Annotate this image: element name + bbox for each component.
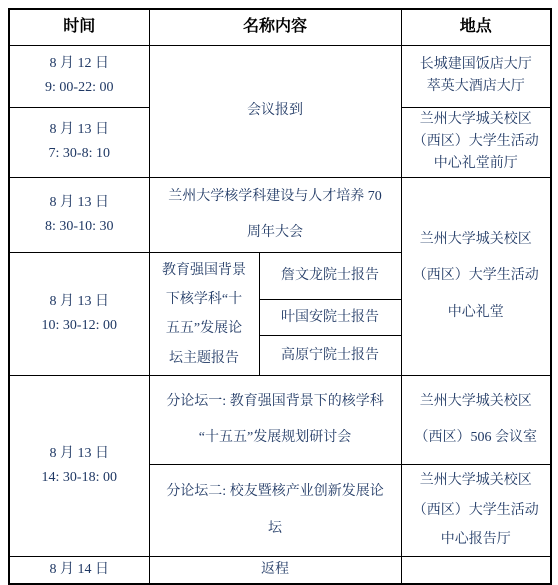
forum-line: 坛主题报告: [154, 344, 255, 373]
schedule-table-container: 时间 名称内容 地点 8 月 12 日 9: 00-22: 00 会议报到 长城…: [8, 8, 552, 584]
location-line: 兰州大学城关校区: [406, 384, 547, 420]
conference-schedule-table: 时间 名称内容 地点 8 月 12 日 9: 00-22: 00 会议报到 长城…: [8, 8, 552, 584]
time-range-text: 7: 30-8: 10: [14, 142, 145, 167]
content-cell-anniversary: 兰州大学核学科建设与人才培养 70 周年大会: [149, 177, 401, 253]
location-line: 兰州大学城关校区: [406, 466, 547, 495]
row-departure: 8 月 14 日 返程: [9, 556, 551, 584]
content-cell-registration: 会议报到: [149, 45, 401, 177]
row-registration-day1: 8 月 12 日 9: 00-22: 00 会议报到 长城建国饭店大厅 萃英大酒…: [9, 45, 551, 107]
location-cell-meeting-room: 兰州大学城关校区 （西区）506 会议室: [401, 376, 551, 465]
location-line: （西区）大学生活动: [406, 496, 547, 525]
time-cell-anniversary: 8 月 13 日 8: 30-10: 30: [9, 177, 149, 253]
row-anniversary: 8 月 13 日 8: 30-10: 30 兰州大学核学科建设与人才培养 70 …: [9, 177, 551, 253]
location-cell-hotels: 长城建国饭店大厅 萃英大酒店大厅: [401, 45, 551, 107]
content-line: 坛: [154, 511, 397, 547]
location-line: 中心礼堂前厅: [406, 153, 547, 175]
content-cell-report-zhanwenlong: 詹文龙院士报告: [259, 253, 401, 300]
forum-line: 下核学科“十: [154, 285, 255, 314]
location-line: （西区）大学生活动: [406, 131, 547, 153]
location-cell-main-venue: 兰州大学城关校区 （西区）大学生活动 中心礼堂: [401, 177, 551, 376]
header-content: 名称内容: [149, 9, 401, 45]
location-line: 萃英大酒店大厅: [406, 76, 547, 98]
location-line: （西区）大学生活动: [406, 258, 547, 294]
time-cell-aug14: 8 月 14 日: [9, 556, 149, 584]
time-range-text: 10: 30-12: 00: [14, 314, 145, 339]
date-text: 8 月 13 日: [14, 290, 145, 315]
date-text: 8 月 13 日: [14, 442, 145, 467]
location-cell-empty: [401, 556, 551, 584]
location-line: 中心报告厅: [406, 525, 547, 554]
location-line: 兰州大学城关校区: [406, 109, 547, 131]
time-cell-afternoon: 8 月 13 日 14: 30-18: 00: [9, 376, 149, 556]
time-cell-keynote: 8 月 13 日 10: 30-12: 00: [9, 253, 149, 376]
content-cell-subforum1: 分论坛一: 教育强国背景下的核学科 “十五五”发展规划研讨会: [149, 376, 401, 465]
header-time: 时间: [9, 9, 149, 45]
location-line: 长城建国饭店大厅: [406, 54, 547, 76]
header-row: 时间 名称内容 地点: [9, 9, 551, 45]
content-cell-report-yeguoan: 叶国安院士报告: [259, 300, 401, 336]
content-line: 分论坛一: 教育强国背景下的核学科: [154, 384, 397, 420]
content-cell-departure: 返程: [149, 556, 401, 584]
time-cell-aug12: 8 月 12 日 9: 00-22: 00: [9, 45, 149, 107]
date-text: 8 月 13 日: [14, 118, 145, 143]
date-text: 8 月 12 日: [14, 52, 145, 77]
content-line: 兰州大学核学科建设与人才培养 70: [154, 179, 397, 215]
time-range-text: 8: 30-10: 30: [14, 215, 145, 240]
forum-line: 五五”发展论: [154, 314, 255, 343]
location-cell-lobby: 兰州大学城关校区 （西区）大学生活动 中心礼堂前厅: [401, 107, 551, 177]
header-location: 地点: [401, 9, 551, 45]
location-line: 兰州大学城关校区: [406, 222, 547, 258]
content-line: “十五五”发展规划研讨会: [154, 420, 397, 456]
location-cell-lecture-hall: 兰州大学城关校区 （西区）大学生活动 中心报告厅: [401, 465, 551, 556]
content-line: 分论坛二: 校友暨核产业创新发展论: [154, 474, 397, 510]
content-line: 周年大会: [154, 215, 397, 251]
content-cell-report-gaoyuanning: 高原宁院士报告: [259, 336, 401, 376]
row-subforum1: 8 月 13 日 14: 30-18: 00 分论坛一: 教育强国背景下的核学科…: [9, 376, 551, 465]
forum-line: 教育强国背景: [154, 256, 255, 285]
location-line: （西区）506 会议室: [406, 420, 547, 456]
content-cell-subforum2: 分论坛二: 校友暨核产业创新发展论 坛: [149, 465, 401, 556]
time-range-text: 9: 00-22: 00: [14, 76, 145, 101]
time-range-text: 14: 30-18: 00: [14, 466, 145, 491]
content-cell-keynote-forum: 教育强国背景 下核学科“十 五五”发展论 坛主题报告: [149, 253, 259, 376]
location-line: 中心礼堂: [406, 295, 547, 331]
date-text: 8 月 13 日: [14, 191, 145, 216]
time-cell-aug13-early: 8 月 13 日 7: 30-8: 10: [9, 107, 149, 177]
